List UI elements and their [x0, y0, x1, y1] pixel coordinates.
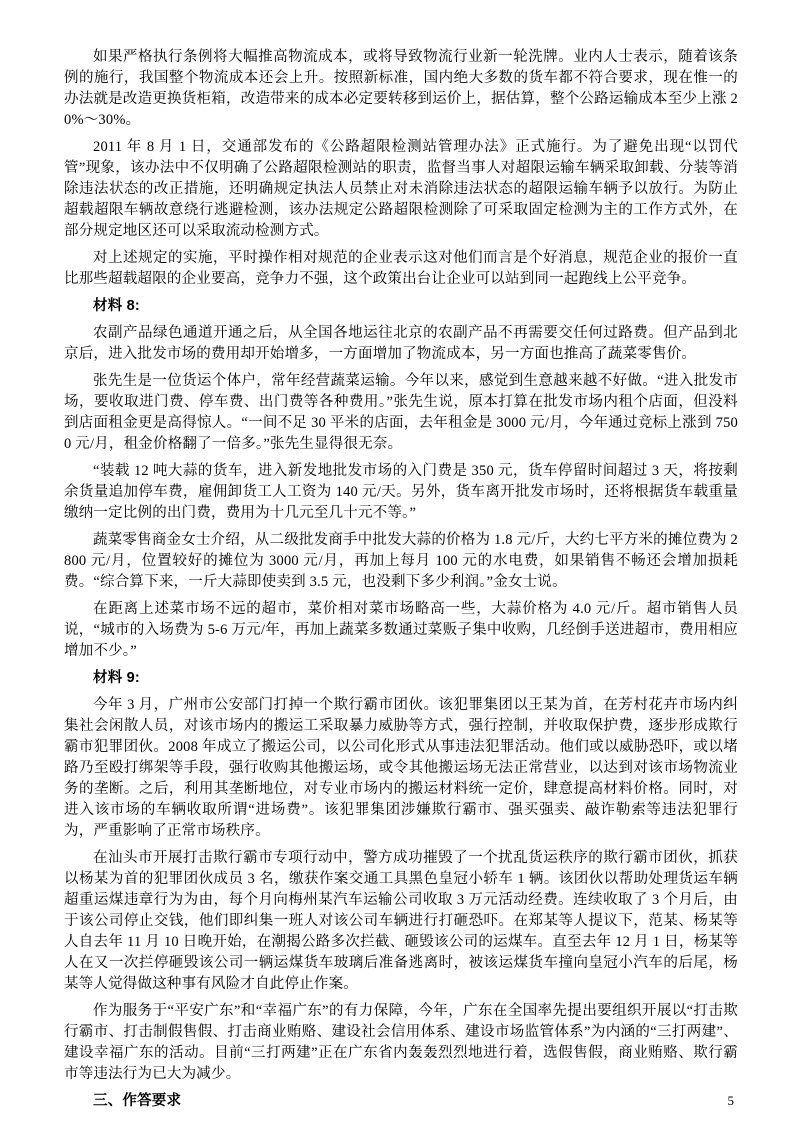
paragraph: 农副产品绿色通道开通之后，从全国各地运往北京的农副产品不再需要交任何过路费。但产… [64, 323, 738, 365]
paragraph: 对上述规定的实施，平时操作相对规范的企业表示这对他们而言是个好消息，规范企业的报… [64, 248, 738, 290]
paragraph: 在距离上述菜市场不远的超市，菜价相对菜市场略高一些，大蒜价格为 4.0 元/斤。… [64, 599, 738, 662]
paragraph: 在汕头市开展打击欺行霸市专项行动中，警方成功摧毁了一个扰乱货运秩序的欺行霸市团伙… [64, 848, 738, 995]
paragraph: 蔬菜零售商金女士介绍，从二级批发商手中批发大蒜的价格为 1.8 元/斤，大约七平… [64, 530, 738, 593]
material-heading: 材料 9: [64, 668, 738, 689]
paragraph: “装载 12 吨大蒜的货车，进入新发地批发市场的入门费是 350 元，货车停留时… [64, 461, 738, 524]
document-page: 如果严格执行条例将大幅推高物流成本，或将导致物流行业新一轮洗牌。业内人士表示，随… [0, 0, 800, 1132]
paragraph: 张先生是一位货运个体户，常年经营蔬菜运输。今年以来，感觉到生意越来越不好做。“进… [64, 371, 738, 455]
material-heading: 材料 8: [64, 296, 738, 317]
paragraph: 作为服务于“平安广东”和“幸福广东”的有力保障，今年，广东在全国率先提出要组织开… [64, 1001, 738, 1085]
paragraph: 如果严格执行条例将大幅推高物流成本，或将导致物流行业新一轮洗牌。业内人士表示，随… [64, 47, 738, 131]
section-heading: 三、作答要求 [64, 1091, 738, 1112]
document-body: 如果严格执行条例将大幅推高物流成本，或将导致物流行业新一轮洗牌。业内人士表示，随… [64, 47, 738, 1112]
paragraph: 2011 年 8 月 1 日，交通部发布的《公路超限检测站管理办法》正式施行。为… [64, 137, 738, 242]
page-number: 5 [728, 1094, 735, 1107]
paragraph: 今年 3 月，广州市公安部门打掉一个欺行霸市团伙。该犯罪集团以王某为首，在芳村花… [64, 695, 738, 842]
